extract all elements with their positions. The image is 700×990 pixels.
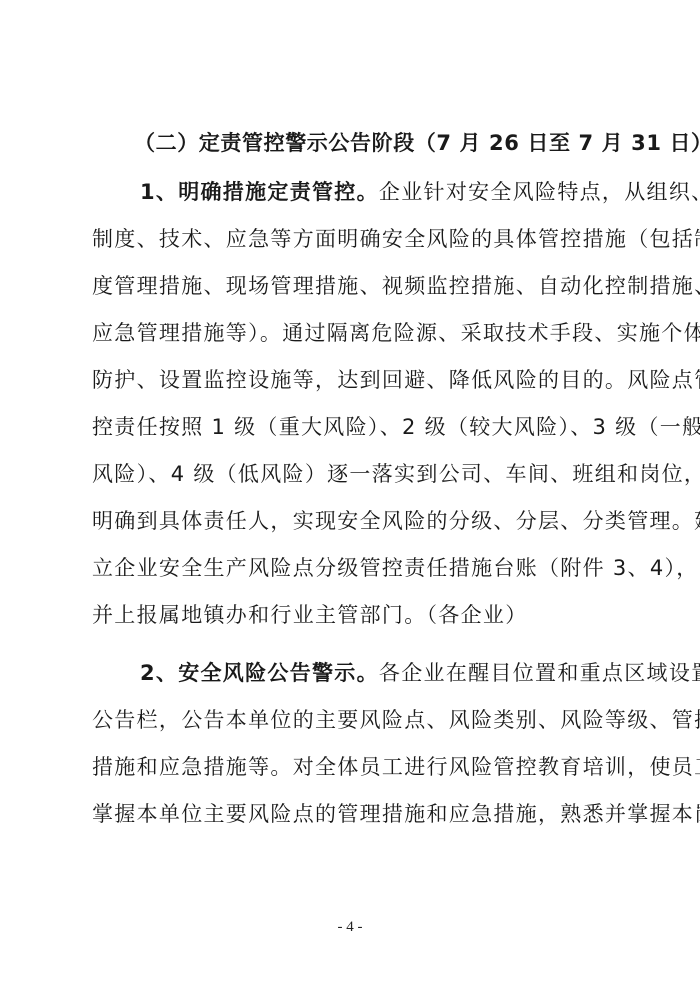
item1-line-4: 防护、设置监控设施等，达到回避、降低风险的目的。风险点管 [92, 365, 616, 395]
item1-line-1: 制度、技术、应急等方面明确安全风险的具体管控措施（包括制 [92, 224, 616, 254]
item2-line-0: 各企业在醒目位置和重点区域设置 [379, 661, 700, 685]
item1-line-9: 并上报属地镇办和行业主管部门。（各企业） [92, 600, 616, 630]
item1-first-line: 1、明确措施定责管控。企业针对安全风险特点，从组织、 [140, 177, 616, 207]
item1-line-7: 明确到具体责任人，实现安全风险的分级、分层、分类管理。建 [92, 506, 616, 536]
item1-line-8: 立企业安全生产风险点分级管控责任措施台账（附件 3、4）， [92, 553, 616, 583]
item1-line-3: 应急管理措施等）。通过隔离危险源、采取技术手段、实施个体 [92, 318, 616, 348]
item1-title: 1、明确措施定责管控。 [140, 180, 379, 204]
page-number: - 4 - [0, 919, 700, 936]
item2-title: 2、安全风险公告警示。 [140, 661, 379, 685]
document-page: （二）定责管控警示公告阶段（7 月 26 日至 7 月 31 日）。 1、明确措… [0, 0, 700, 990]
item2-line-3: 掌握本单位主要风险点的管理措施和应急措施，熟悉并掌握本岗 [92, 799, 616, 829]
item1-line-2: 度管理措施、现场管理措施、视频监控措施、自动化控制措施、 [92, 271, 616, 301]
item1-line-6: 风险）、4 级（低风险）逐一落实到公司、车间、班组和岗位， [92, 459, 616, 489]
section-heading: （二）定责管控警示公告阶段（7 月 26 日至 7 月 31 日）。 [134, 128, 614, 158]
item2-first-line: 2、安全风险公告警示。各企业在醒目位置和重点区域设置 [140, 658, 616, 688]
item2-line-1: 公告栏，公告本单位的主要风险点、风险类别、风险等级、管控 [92, 705, 616, 735]
item2-line-2: 措施和应急措施等。对全体员工进行风险管控教育培训，使员工 [92, 752, 616, 782]
item1-line-5: 控责任按照 1 级（重大风险）、2 级（较大风险）、3 级（一般 [92, 412, 616, 442]
item1-line-0: 企业针对安全风险特点，从组织、 [379, 180, 700, 204]
